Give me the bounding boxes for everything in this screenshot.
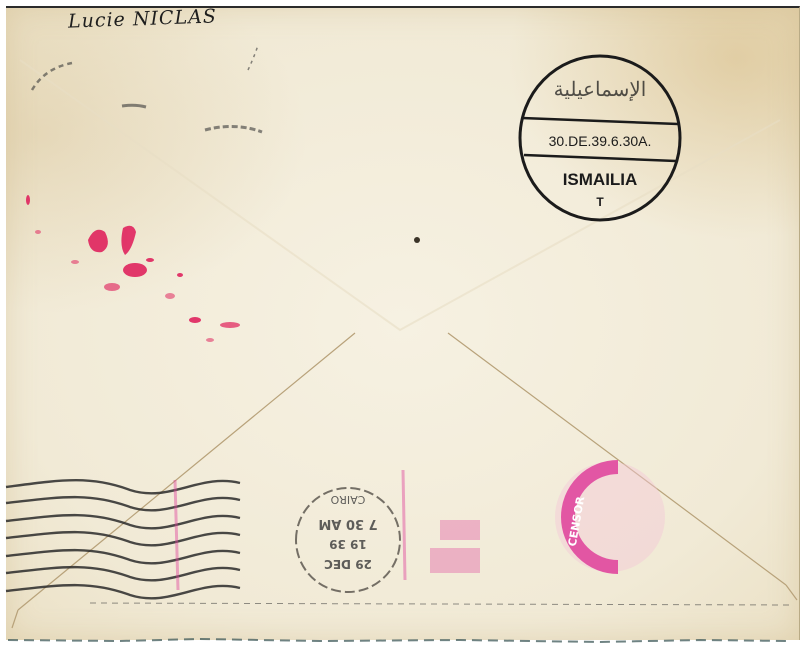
svg-text:7 30 AM: 7 30 AM bbox=[318, 516, 377, 531]
bottom-edge bbox=[8, 639, 790, 642]
svg-text:T: T bbox=[596, 195, 604, 209]
faint-magenta-dots bbox=[430, 520, 480, 573]
dot-mark bbox=[414, 237, 420, 243]
svg-text:ISMAILIA: ISMAILIA bbox=[563, 170, 638, 189]
faint-postmark-arcs bbox=[32, 45, 262, 132]
magenta-censor-seal: CENSOR bbox=[555, 462, 665, 572]
cairo-postmark: 29 DEC 19 39 7 30 AM CAIRO bbox=[296, 488, 400, 592]
svg-text:CAIRO: CAIRO bbox=[330, 493, 365, 506]
magenta-ink-smudge bbox=[26, 195, 240, 342]
svg-text:30.DE.39.6.30A.: 30.DE.39.6.30A. bbox=[549, 133, 652, 149]
svg-text:19 39: 19 39 bbox=[329, 537, 367, 551]
bottom-seam bbox=[90, 603, 790, 605]
svg-text:الإسماعيلية: الإسماعيلية bbox=[554, 79, 647, 102]
ismailia-postmark: الإسماعيلية 30.DE.39.6.30A. ISMAILIA T bbox=[520, 56, 680, 220]
envelope-artwork: الإسماعيلية 30.DE.39.6.30A. ISMAILIA T 2… bbox=[0, 0, 807, 650]
svg-text:29 DEC: 29 DEC bbox=[324, 557, 372, 571]
wavy-machine-cancel bbox=[6, 480, 240, 598]
